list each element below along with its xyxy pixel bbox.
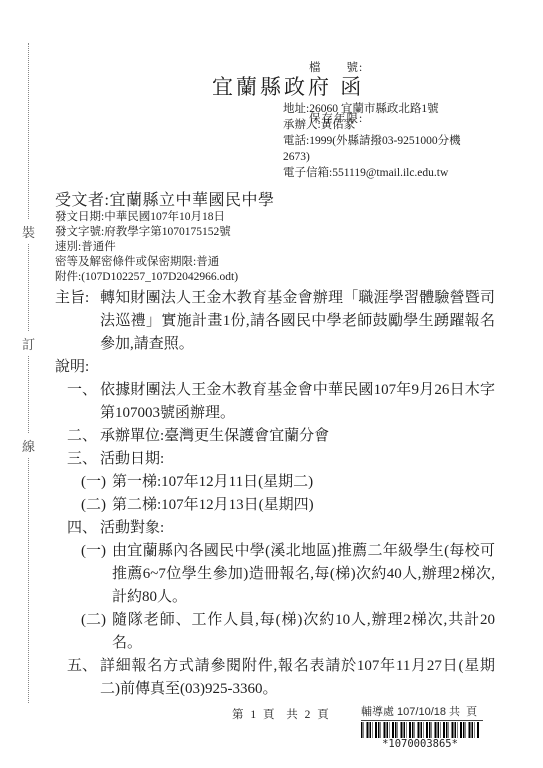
desc-item-5-text: 詳細報名方式請參閱附件,報名表請於107年11月27日(星期二)前傳真至(03)… [100, 658, 495, 697]
desc-item-1: 一、依據財團法人王金木教育基金會中華民國107年9月26日木字第107003號函… [67, 379, 495, 425]
barcode-number: *1070003865* [361, 738, 479, 750]
desc-item-4-1-label: (一) [81, 540, 106, 563]
desc-item-3-label: 三、 [67, 448, 97, 471]
subject-label: 主旨: [55, 287, 89, 310]
meta-block: 發文日期:中華民國107年10月18日 發文字號:府教學字第1070175152… [55, 210, 238, 285]
desc-item-5: 五、詳細報名方式請參閱附件,報名表請於107年11月27日(星期二)前傳真至(0… [67, 655, 495, 701]
meta-attachment: 附件:(107D102257_107D2042966.odt) [55, 270, 238, 285]
desc-item-4-label: 四、 [67, 517, 97, 540]
meta-delivery-speed: 速別:普通件 [55, 240, 238, 255]
subject-text: 轉知財團法人王金木教育基金會辦理「職涯學習體驗營暨司法巡禮」實施計畫1份,請各國… [100, 290, 495, 352]
binding-mark-xian: 線 [21, 434, 36, 457]
binding-mark-zhuang: 裝 [21, 220, 36, 243]
footer-page-info: 第 1 頁 共 2 頁 [232, 706, 331, 722]
desc-item-2: 二、承辦單位:臺灣更生保護會宜蘭分會 [67, 425, 495, 448]
desc-item-4-2: (二)隨隊老師、工作人員,每(梯)次約10人,辦理2梯次,共計20名。 [81, 609, 495, 655]
received-stamp-block: 輔導處 107/10/18 共 頁 *1070003865* [361, 703, 483, 750]
desc-item-5-label: 五、 [67, 655, 97, 678]
meta-security-level: 密等及解密條件或保密期限:普通 [55, 255, 238, 270]
meta-issue-number: 發文字號:府教學字第1070175152號 [55, 225, 238, 240]
binding-mark-ding: 訂 [21, 332, 36, 355]
desc-item-3-1: (一)第一梯:107年12月11日(星期二) [81, 471, 495, 494]
meta-issue-date: 發文日期:中華民國107年10月18日 [55, 210, 238, 225]
desc-item-4-2-label: (二) [81, 609, 106, 632]
subject-line: 主旨:轉知財團法人王金木教育基金會辦理「職涯學習體驗營暨司法巡禮」實施計畫1份,… [55, 287, 495, 356]
desc-item-3-1-label: (一) [81, 471, 106, 494]
desc-item-3: 三、活動日期: [67, 448, 495, 471]
stamp-office-date-text: 輔導處 107/10/18 共 頁 [361, 703, 483, 721]
document-title: 宜蘭縣政府 函 [212, 71, 364, 101]
letter-body: 主旨:轉知財團法人王金木教育基金會辦理「職涯學習體驗營暨司法巡禮」實施計畫1份,… [55, 287, 495, 701]
desc-item-3-2-label: (二) [81, 494, 106, 517]
contact-block: 地址:26060 宜蘭市縣政北路1號 承辦人:黃佑家 電話:1999(外縣請撥0… [283, 101, 518, 181]
desc-item-4-1: (一)由宜蘭縣內各國民中學(溪北地區)推薦二年級學生(每校可推薦6~7位學生參加… [81, 540, 495, 609]
contact-person: 承辦人:黃佑家 [283, 117, 518, 133]
desc-item-1-text: 依據財團法人王金木教育基金會中華民國107年9月26日木字第107003號函辦理… [100, 382, 495, 421]
desc-item-3-1-text: 第一梯:107年12月11日(星期二) [112, 474, 313, 490]
description-label: 說明: [55, 356, 495, 379]
contact-address: 地址:26060 宜蘭市縣政北路1號 [283, 101, 518, 117]
desc-item-1-label: 一、 [67, 379, 97, 402]
desc-item-4-text: 活動對象: [100, 520, 164, 536]
desc-item-3-text: 活動日期: [100, 451, 164, 467]
desc-item-2-label: 二、 [67, 425, 97, 448]
desc-item-3-2-text: 第二梯:107年12月13日(星期四) [112, 497, 314, 513]
recipient-line: 受文者:宜蘭縣立中華國民中學 [55, 187, 274, 210]
binding-dotted-line [28, 43, 29, 703]
barcode [361, 722, 479, 738]
desc-item-4-2-text: 隨隊老師、工作人員,每(梯)次約10人,辦理2梯次,共計20名。 [112, 612, 495, 651]
contact-phone-extension: 2673) [283, 149, 518, 165]
contact-phone: 電話:1999(外縣請撥03-9251000分機 [283, 133, 518, 149]
contact-email: 電子信箱:551119@tmail.ilc.edu.tw [283, 165, 518, 181]
desc-item-2-text: 承辦單位:臺灣更生保護會宜蘭分會 [100, 428, 329, 444]
document-page: 裝 訂 線 檔 號: 保存年限: 宜蘭縣政府 函 地址:26060 宜蘭市縣政北… [0, 0, 543, 768]
desc-item-3-2: (二)第二梯:107年12月13日(星期四) [81, 494, 495, 517]
desc-item-4: 四、活動對象: [67, 517, 495, 540]
desc-item-4-1-text: 由宜蘭縣內各國民中學(溪北地區)推薦二年級學生(每校可推薦6~7位學生參加)造冊… [112, 543, 495, 605]
